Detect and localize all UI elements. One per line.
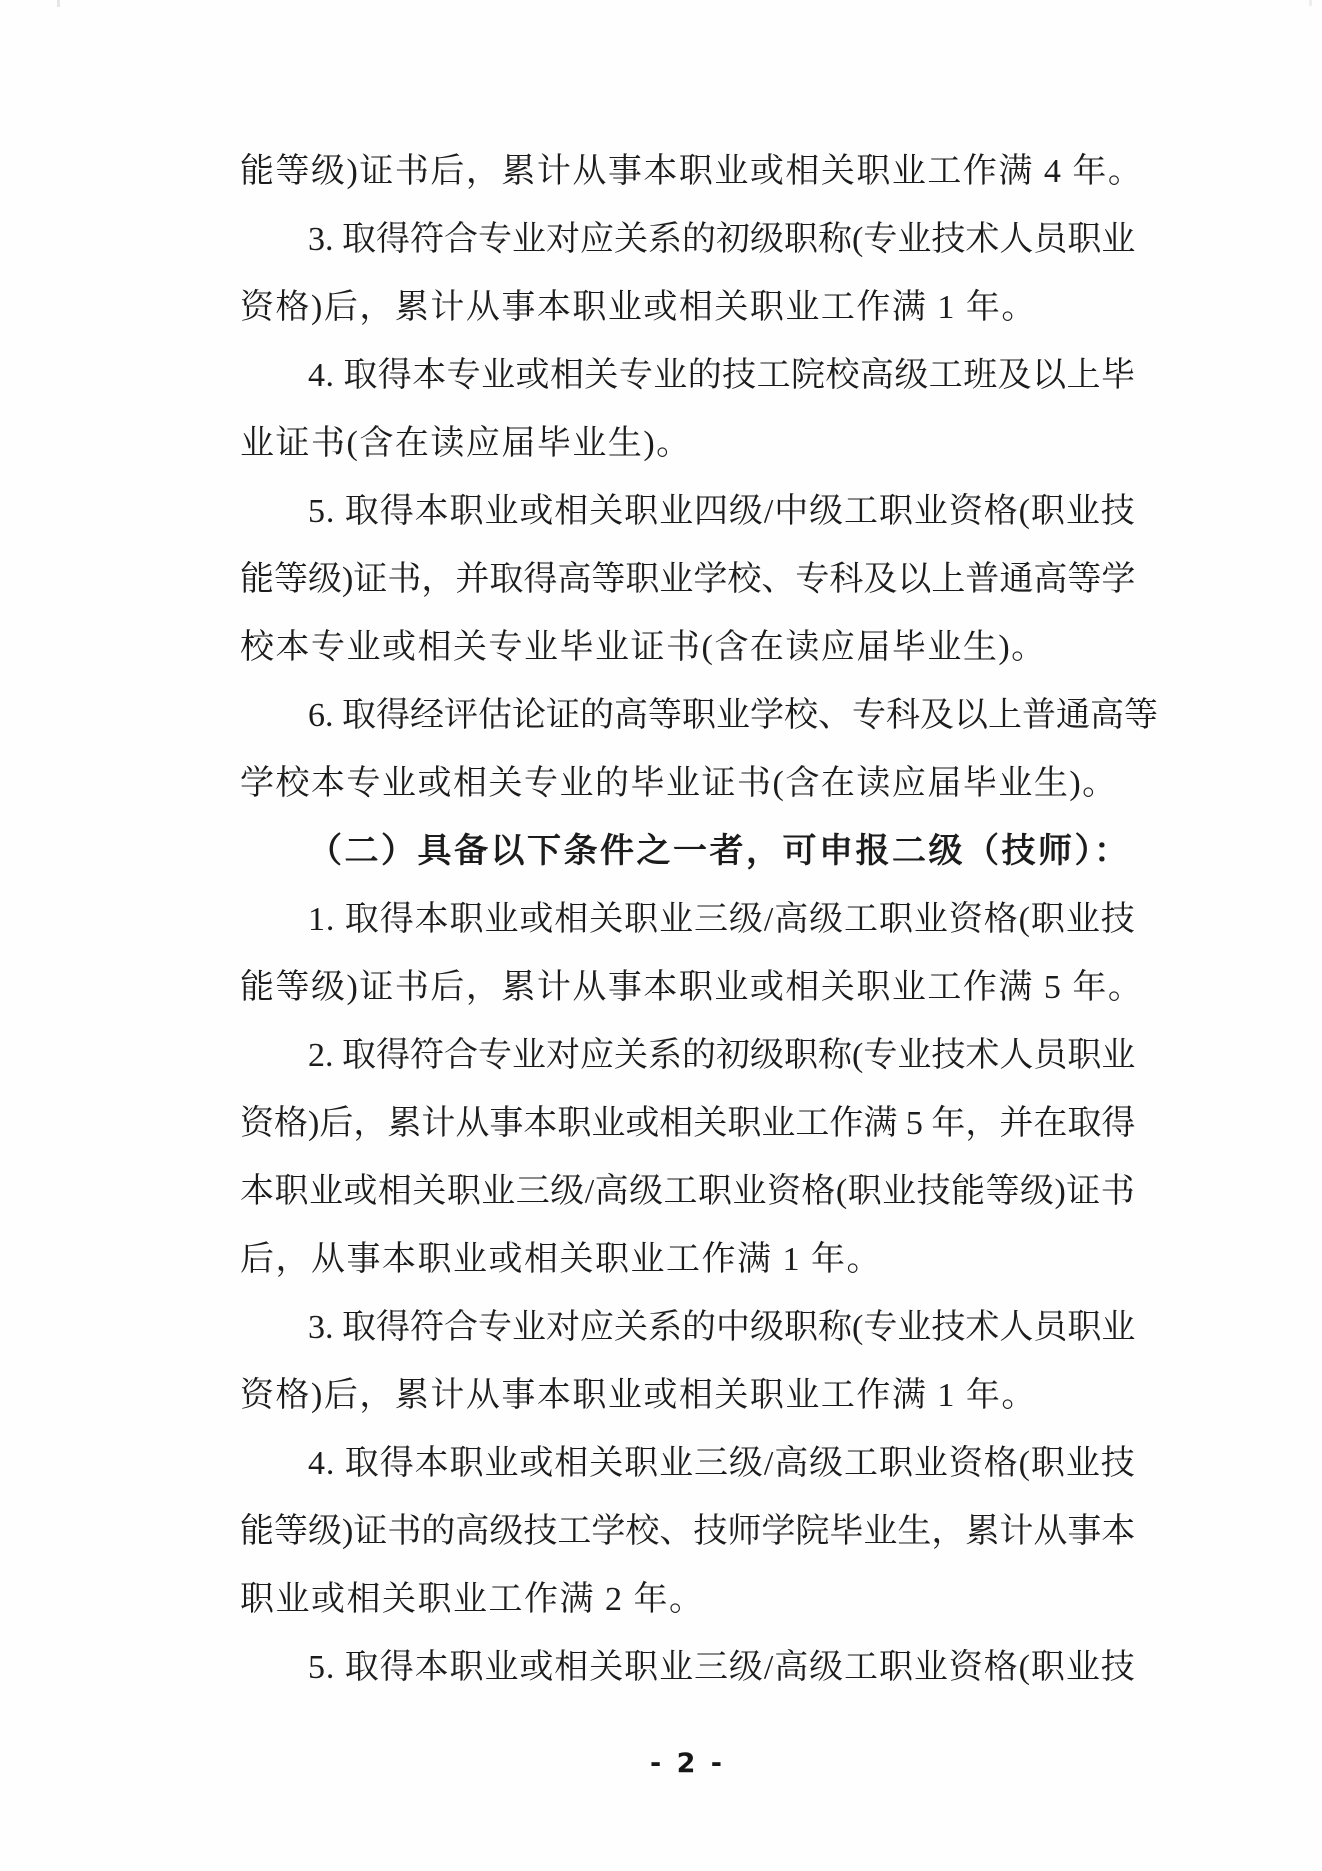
document-page: 能等级)证书后，累计从事本职业或相关职业工作满 4 年。3. 取得符合专业对应关… bbox=[0, 0, 1322, 1871]
text-line: 5. 取得本职业或相关职业三级/高级工职业资格(职业技 bbox=[240, 1634, 1135, 1702]
text-line: 能等级)证书，并取得高等职业学校、专科及以上普通高等学 bbox=[240, 546, 1135, 614]
text-line: 业证书(含在读应届毕业生)。 bbox=[240, 410, 1135, 478]
paragraph: 2. 取得符合专业对应关系的初级职称(专业技术人员职业资格)后，累计从事本职业或… bbox=[240, 1022, 1135, 1294]
text-line: 资格)后，累计从事本职业或相关职业工作满 1 年。 bbox=[240, 274, 1135, 342]
text-line: 资格)后，累计从事本职业或相关职业工作满 5 年，并在取得 bbox=[240, 1090, 1135, 1158]
text-line: 3. 取得符合专业对应关系的中级职称(专业技术人员职业 bbox=[240, 1294, 1135, 1362]
scan-artifact bbox=[57, 0, 60, 7]
paragraph: 6. 取得经评估论证的高等职业学校、专科及以上普通高等学校本专业或相关专业的毕业… bbox=[240, 682, 1135, 818]
text-line: 1. 取得本职业或相关职业三级/高级工职业资格(职业技 bbox=[240, 886, 1135, 954]
text-line: 职业或相关职业工作满 2 年。 bbox=[240, 1566, 1135, 1634]
paragraph: 能等级)证书后，累计从事本职业或相关职业工作满 4 年。 bbox=[240, 138, 1135, 206]
text-line: 3. 取得符合专业对应关系的初级职称(专业技术人员职业 bbox=[240, 206, 1135, 274]
text-line: 能等级)证书后，累计从事本职业或相关职业工作满 4 年。 bbox=[240, 138, 1135, 206]
paragraph: 3. 取得符合专业对应关系的中级职称(专业技术人员职业资格)后，累计从事本职业或… bbox=[240, 1294, 1135, 1430]
paragraph: 3. 取得符合专业对应关系的初级职称(专业技术人员职业资格)后，累计从事本职业或… bbox=[240, 206, 1135, 342]
scan-artifact bbox=[1309, 0, 1312, 6]
text-line: 5. 取得本职业或相关职业四级/中级工职业资格(职业技 bbox=[240, 478, 1135, 546]
text-line: 4. 取得本职业或相关职业三级/高级工职业资格(职业技 bbox=[240, 1430, 1135, 1498]
text-line: 能等级)证书的高级技工学校、技师学院毕业生，累计从事本 bbox=[240, 1498, 1135, 1566]
text-line: 后，从事本职业或相关职业工作满 1 年。 bbox=[240, 1226, 1135, 1294]
paragraph: 1. 取得本职业或相关职业三级/高级工职业资格(职业技能等级)证书后，累计从事本… bbox=[240, 886, 1135, 1022]
text-line: 校本专业或相关专业毕业证书(含在读应届毕业生)。 bbox=[240, 614, 1135, 682]
text-line: 4. 取得本专业或相关专业的技工院校高级工班及以上毕 bbox=[240, 342, 1135, 410]
paragraph: 5. 取得本职业或相关职业四级/中级工职业资格(职业技能等级)证书，并取得高等职… bbox=[240, 478, 1135, 682]
text-line: 本职业或相关职业三级/高级工职业资格(职业技能等级)证书 bbox=[240, 1158, 1135, 1226]
text-line: 学校本专业或相关专业的毕业证书(含在读应届毕业生)。 bbox=[240, 750, 1135, 818]
paragraph: 5. 取得本职业或相关职业三级/高级工职业资格(职业技 bbox=[240, 1634, 1135, 1702]
text-line: 能等级)证书后，累计从事本职业或相关职业工作满 5 年。 bbox=[240, 954, 1135, 1022]
paragraph: （二）具备以下条件之一者，可申报二级（技师）： bbox=[240, 818, 1135, 886]
text-line: 6. 取得经评估论证的高等职业学校、专科及以上普通高等 bbox=[240, 682, 1135, 750]
text-line: 资格)后，累计从事本职业或相关职业工作满 1 年。 bbox=[240, 1362, 1135, 1430]
document-body: 能等级)证书后，累计从事本职业或相关职业工作满 4 年。3. 取得符合专业对应关… bbox=[240, 138, 1135, 1702]
text-line: 2. 取得符合专业对应关系的初级职称(专业技术人员职业 bbox=[240, 1022, 1135, 1090]
paragraph: 4. 取得本专业或相关专业的技工院校高级工班及以上毕业证书(含在读应届毕业生)。 bbox=[240, 342, 1135, 478]
text-line: （二）具备以下条件之一者，可申报二级（技师）： bbox=[240, 818, 1135, 886]
page-number: - 2 - bbox=[240, 1748, 1135, 1779]
paragraph: 4. 取得本职业或相关职业三级/高级工职业资格(职业技能等级)证书的高级技工学校… bbox=[240, 1430, 1135, 1634]
